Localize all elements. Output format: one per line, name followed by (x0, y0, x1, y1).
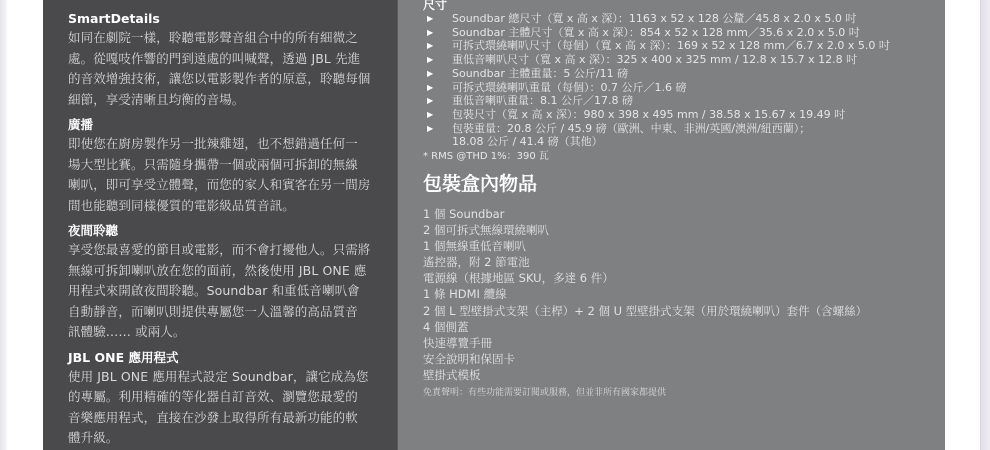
spec-text: 包裝重量：20.8 公斤 / 45.9 磅（歐洲、中東、非洲/英國/澳洲/紐西蘭… (452, 122, 810, 135)
triangle-bullet-icon: ▶ (427, 12, 433, 26)
text-line: 即使您在廚房製作另一批辣雞翅，也不想錯過任何一 (68, 134, 378, 155)
text-line: 體升級。 (68, 428, 378, 449)
box-item: 快速導覽手冊 (423, 335, 867, 351)
text-line: 如同在劇院一樣，聆聽電影聲音組合中的所有細微之 (68, 28, 378, 49)
box-item: 4 個側蓋 (423, 319, 867, 335)
features-panel: SmartDetails 如同在劇院一樣，聆聽電影聲音組合中的所有細微之 處。從… (43, 0, 397, 450)
text-line: 訊體驗…… 或兩人。 (68, 322, 378, 343)
feature-smartdetails: SmartDetails 如同在劇院一樣，聆聽電影聲音組合中的所有細微之 處。從… (68, 10, 397, 110)
spec-text: Soundbar 主體重量：5 公斤/11 磅 (452, 67, 628, 80)
text-line: 喇叭，即可享受立體聲，而您的家人和賓客在另一間房 (68, 175, 378, 196)
spec-item: ▶ Soundbar 總尺寸（寬 x 高 x 深）：1163 x 52 x 12… (423, 12, 943, 26)
spec-text: 重低音喇叭重量：8.1 公斤／17.8 磅 (452, 94, 633, 107)
text-line: 用程式來開啟夜間聆聽。Soundbar 和重低音喇叭會 (68, 281, 378, 302)
left-page-edge (0, 0, 8, 450)
triangle-bullet-icon: ▶ (427, 108, 433, 122)
spec-item: ▶ 可拆式環繞喇叭重量（每個）：0.7 公斤／1.6 磅 (423, 81, 943, 95)
triangle-bullet-icon: ▶ (427, 39, 433, 53)
in-the-box-heading: 包裝盒內物品 (423, 172, 537, 196)
spec-text-continuation: 18.08 公斤 / 41.4 磅（其他） (452, 135, 943, 149)
triangle-bullet-icon: ▶ (427, 81, 433, 95)
text-line: 的音效增強技術，讓您以電影製作者的原意，聆聽每個 (68, 69, 378, 90)
dimensions-section: 尺寸 ▶ Soundbar 總尺寸（寬 x 高 x 深）：1163 x 52 x… (423, 0, 943, 163)
feature-jbl-one-app: JBL ONE 應用程式 使用 JBL ONE 應用程式設定 Soundbar，… (68, 349, 397, 449)
spec-item: ▶ 包裝重量：20.8 公斤 / 45.9 磅（歐洲、中東、非洲/英國/澳洲/紐… (423, 122, 943, 149)
right-page-edge (980, 0, 990, 450)
spec-text: 可拆式環繞喇叭重量（每個）：0.7 公斤／1.6 磅 (452, 81, 686, 94)
specifications-panel: 尺寸 ▶ Soundbar 總尺寸（寬 x 高 x 深）：1163 x 52 x… (397, 0, 945, 450)
triangle-bullet-icon: ▶ (427, 26, 433, 40)
feature-title: 夜間聆聽 (68, 222, 397, 240)
spec-item: ▶ 重低音喇叭尺寸（寬 x 高 x 深）：325 x 400 x 325 mm … (423, 53, 943, 67)
spec-item: ▶ Soundbar 主體尺寸（寬 x 高 x 深）：854 x 52 x 12… (423, 26, 943, 40)
spec-text: 包裝尺寸（寬 x 高 x 深）：980 x 398 x 495 mm / 38.… (452, 108, 845, 121)
text-line: 的專屬。利用精確的等化器自訂音效、瀏覽您最愛的 (68, 387, 378, 408)
feature-description: 如同在劇院一樣，聆聽電影聲音組合中的所有細微之 處。從嘎吱作響的門到遠處的叫喊聲… (68, 28, 378, 110)
triangle-bullet-icon: ▶ (427, 67, 433, 81)
in-the-box-list: 1 個 Soundbar 2 個可拆式無線環繞喇叭 1 個無線重低音喇叭 遙控器… (423, 206, 867, 383)
spec-list: ▶ Soundbar 總尺寸（寬 x 高 x 深）：1163 x 52 x 12… (423, 12, 943, 149)
spec-text: Soundbar 主體尺寸（寬 x 高 x 深）：854 x 52 x 128 … (452, 26, 860, 39)
feature-title: SmartDetails (68, 10, 397, 28)
feature-description: 享受您最喜愛的節目或電影，而不會打擾他人。只需將 無線可拆卸喇叭放在您的面前，然… (68, 240, 378, 343)
box-item: 電源線（根據地區 SKU，多達 6 件） (423, 270, 867, 286)
text-line: 細節，享受清晰且均衡的音場。 (68, 90, 378, 111)
text-line: 音樂應用程式，直接在沙發上取得所有最新功能的軟 (68, 408, 378, 429)
text-line: 處。從嘎吱作響的門到遠處的叫喊聲，透過 JBL 先進 (68, 49, 378, 70)
text-line: 使用 JBL ONE 應用程式設定 Soundbar，讓它成為您 (68, 367, 378, 388)
box-item: 安全說明和保固卡 (423, 351, 867, 367)
box-item: 1 個無線重低音喇叭 (423, 238, 867, 254)
box-item: 壁掛式模板 (423, 367, 867, 383)
product-details-page: SmartDetails 如同在劇院一樣，聆聽電影聲音組合中的所有細微之 處。從… (0, 0, 990, 450)
spec-item: ▶ 重低音喇叭重量：8.1 公斤／17.8 磅 (423, 94, 943, 108)
feature-title: JBL ONE 應用程式 (68, 349, 397, 367)
spec-text: Soundbar 總尺寸（寬 x 高 x 深）：1163 x 52 x 128 … (452, 12, 856, 25)
rms-note: * RMS @THD 1%：390 瓦 (423, 150, 943, 163)
triangle-bullet-icon: ▶ (427, 122, 433, 136)
box-item: 2 個可拆式無線環繞喇叭 (423, 222, 867, 238)
box-item: 遙控器，附 2 節電池 (423, 254, 867, 270)
dimensions-heading: 尺寸 (423, 0, 943, 12)
feature-title: 廣播 (68, 116, 397, 134)
feature-description: 即使您在廚房製作另一批辣雞翅，也不想錯過任何一 場大型比賽。只需隨身攜帶一個或兩… (68, 134, 378, 216)
text-line: 享受您最喜愛的節目或電影，而不會打擾他人。只需將 (68, 240, 378, 261)
triangle-bullet-icon: ▶ (427, 53, 433, 67)
spec-text: 可拆式環繞喇叭尺寸（每個）（寬 x 高 x 深）：169 x 52 x 128 … (452, 39, 890, 52)
text-line: 自動靜音，而喇叭則提供專屬您一人溫馨的高品質音 (68, 302, 378, 323)
feature-broadcast: 廣播 即使您在廚房製作另一批辣雞翅，也不想錯過任何一 場大型比賽。只需隨身攜帶一… (68, 116, 397, 216)
spec-item: ▶ 可拆式環繞喇叭尺寸（每個）（寬 x 高 x 深）：169 x 52 x 12… (423, 39, 943, 53)
spec-item: ▶ Soundbar 主體重量：5 公斤/11 磅 (423, 67, 943, 81)
box-item: 2 個 L 型壁掛式支架（主桿）+ 2 個 U 型壁掛式支架（用於環繞喇叭）套件… (423, 303, 867, 319)
box-item: 1 條 HDMI 纜線 (423, 286, 867, 302)
spec-text: 重低音喇叭尺寸（寬 x 高 x 深）：325 x 400 x 325 mm / … (452, 53, 857, 66)
disclaimer-text: 免責聲明：有些功能需要訂閱或服務，但並非所有國家都提供 (423, 387, 666, 399)
text-line: 間也能聽到同樣優質的電影級品質音訊。 (68, 196, 378, 217)
text-line: 無線可拆卸喇叭放在您的面前，然後使用 JBL ONE 應 (68, 261, 378, 282)
triangle-bullet-icon: ▶ (427, 94, 433, 108)
box-item: 1 個 Soundbar (423, 206, 867, 222)
text-line: 場大型比賽。只需隨身攜帶一個或兩個可拆卸的無線 (68, 155, 378, 176)
spec-item: ▶ 包裝尺寸（寬 x 高 x 深）：980 x 398 x 495 mm / 3… (423, 108, 943, 122)
feature-description: 使用 JBL ONE 應用程式設定 Soundbar，讓它成為您 的專屬。利用精… (68, 367, 378, 449)
feature-night-listening: 夜間聆聽 享受您最喜愛的節目或電影，而不會打擾他人。只需將 無線可拆卸喇叭放在您… (68, 222, 397, 343)
